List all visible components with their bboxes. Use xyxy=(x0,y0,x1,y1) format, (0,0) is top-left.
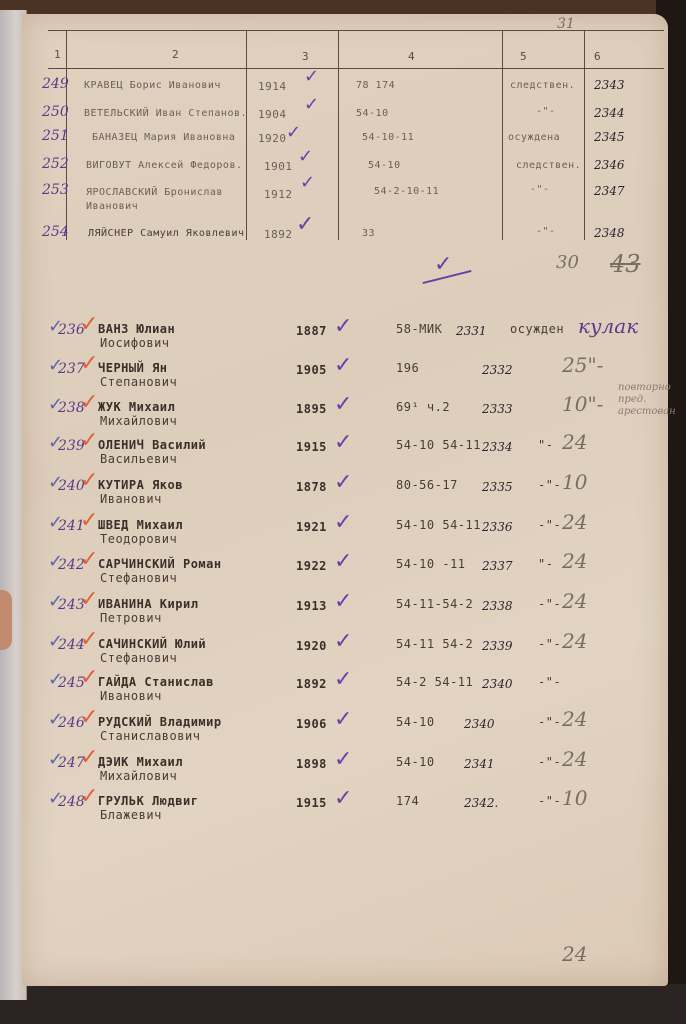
check-icon: ✓ xyxy=(334,432,352,454)
patronymic: Станиславович xyxy=(100,729,200,743)
row-number: 252 xyxy=(42,156,69,172)
surname: РУДСКИЙ Владимир xyxy=(98,715,222,729)
patronymic: Теодорович xyxy=(100,532,177,546)
birth-year: 1895 xyxy=(296,402,327,416)
check-icon: ✓ xyxy=(334,472,352,494)
person-name: БАНАЗЕЦ Мария Ивановна xyxy=(92,132,235,143)
status: "- xyxy=(538,438,553,452)
reg-number: 2334 xyxy=(482,440,513,454)
reg-number: 2346 xyxy=(594,158,625,172)
birth-year: 1922 xyxy=(296,559,327,573)
check-icon: ✓ xyxy=(304,68,319,86)
patronymic: Петрович xyxy=(100,611,162,625)
article: 54-2 54-11 xyxy=(396,675,473,689)
check-icon: ✓ xyxy=(434,254,452,276)
check-icon: ✓ xyxy=(334,788,352,810)
check-icon: ✓ xyxy=(80,549,98,571)
birth-year: 1915 xyxy=(296,440,327,454)
article: 69¹ ч.2 xyxy=(396,400,450,414)
row-number: 249 xyxy=(42,76,69,92)
sentence-note: 24 xyxy=(562,707,587,731)
reg-number: 2343 xyxy=(594,78,625,92)
status: -"- xyxy=(538,715,561,729)
article: 174 xyxy=(396,794,419,808)
patronymic: Иванович xyxy=(100,492,162,506)
check-icon: ✓ xyxy=(80,353,98,375)
status: -"- xyxy=(538,794,561,808)
article: 54-11-54-2 xyxy=(396,597,473,611)
surname: ВАНЗ Юлиан xyxy=(98,322,175,336)
birth-year: 1920 xyxy=(296,639,327,653)
birth-year: 1892 xyxy=(296,677,327,691)
sentence-note: 10"- xyxy=(562,392,603,416)
birth-year: 1921 xyxy=(296,520,327,534)
reg-number: 2336 xyxy=(482,520,513,534)
surname: САЧИНСКИЙ Юлий xyxy=(98,637,206,651)
col-header-4: 4 xyxy=(408,50,415,63)
status: следствен. xyxy=(510,80,575,91)
check-icon: ✓ xyxy=(80,392,98,414)
check-icon: ✓ xyxy=(80,510,98,532)
col-divider-5 xyxy=(584,30,585,240)
status: -"- xyxy=(538,675,561,689)
article: 54-10 xyxy=(368,160,401,171)
check-icon: ✓ xyxy=(334,631,352,653)
sentence-note: 10 xyxy=(562,470,587,494)
sentence-note: 24 xyxy=(562,589,587,613)
patronymic: Степанович xyxy=(100,375,177,389)
surname: ГРУЛЬК Людвиг xyxy=(98,794,198,808)
table-top-border xyxy=(48,30,664,31)
patronymic: Иванович xyxy=(100,689,162,703)
article: 33 xyxy=(362,228,375,239)
status: -"- xyxy=(530,184,550,195)
birth-year: 1887 xyxy=(296,324,327,338)
birth-year: 1914 xyxy=(258,80,287,93)
row-number: 254 xyxy=(42,224,69,240)
sentence-note: 24 xyxy=(562,510,587,534)
margin-note: повторно пред. арестован xyxy=(618,382,678,418)
status: -"- xyxy=(538,755,561,769)
check-icon: ✓ xyxy=(296,214,314,236)
article: 54-10 xyxy=(396,715,435,729)
col-header-1: 1 xyxy=(54,48,61,61)
birth-year: 1913 xyxy=(296,599,327,613)
person-name: КРАВЕЦ Борис Иванович xyxy=(84,80,221,91)
check-icon: ✓ xyxy=(334,394,352,416)
status: следствен. xyxy=(516,160,581,171)
check-icon: ✓ xyxy=(80,589,98,611)
sentence-note: 24 xyxy=(562,747,587,771)
tally-struck: 43 xyxy=(610,250,641,278)
patronymic: Стефанович xyxy=(100,571,177,585)
article: 54-10-11 xyxy=(362,132,414,143)
article: 54-10 xyxy=(356,108,389,119)
col-header-2: 2 xyxy=(172,48,179,61)
check-icon: ✓ xyxy=(80,786,98,808)
check-icon: ✓ xyxy=(334,709,352,731)
status: "- xyxy=(538,557,553,571)
patronymic: Блажевич xyxy=(100,808,162,822)
row-number: 251 xyxy=(42,128,69,144)
reg-number: 2345 xyxy=(594,130,625,144)
check-icon: ✓ xyxy=(334,355,352,377)
article: 58-МИК xyxy=(396,322,442,336)
check-icon: ✓ xyxy=(286,124,301,142)
reg-number: 2347 xyxy=(594,184,625,198)
person-name: ВИГОВУТ Алексей Федоров. xyxy=(86,160,243,171)
sentence-note: 10 xyxy=(562,786,587,810)
reg-number: 2335 xyxy=(482,480,513,494)
sentence-note: 24 xyxy=(562,430,587,454)
check-icon: ✓ xyxy=(80,707,98,729)
col-header-5: 5 xyxy=(520,50,527,63)
birth-year: 1906 xyxy=(296,717,327,731)
reg-number: 2333 xyxy=(482,402,513,416)
check-icon: ✓ xyxy=(80,747,98,769)
row-number: 250 xyxy=(42,104,69,120)
surname: САРЧИНСКИЙ Роман xyxy=(98,557,222,571)
birth-year: 1904 xyxy=(258,108,287,121)
birth-year: 1901 xyxy=(264,160,293,173)
finger xyxy=(0,590,12,650)
reg-number: 2342. xyxy=(464,796,498,810)
surname: ДЭИК Михаил xyxy=(98,755,183,769)
check-icon: ✓ xyxy=(80,314,98,336)
document-page: 31 1 2 3 4 5 6 249 КРАВЕЦ Борис Иванович… xyxy=(22,14,668,986)
reg-number: 2332 xyxy=(482,363,513,377)
article: 80-56-17 xyxy=(396,478,458,492)
surname: ЖУК Михаил xyxy=(98,400,175,414)
tally-note: 30 xyxy=(556,252,579,273)
col-divider-4 xyxy=(502,30,503,240)
birth-year: 1915 xyxy=(296,796,327,810)
reg-number: 2348 xyxy=(594,226,625,240)
check-icon: ✓ xyxy=(334,669,352,691)
check-icon: ✓ xyxy=(80,629,98,651)
check-icon: ✓ xyxy=(334,591,352,613)
col-header-6: 6 xyxy=(594,50,601,63)
table-header-border xyxy=(48,68,664,69)
article: 78 174 xyxy=(356,80,395,91)
status: -"- xyxy=(538,518,561,532)
page-number-bottom: 24 xyxy=(562,942,587,966)
reg-number: 2340 xyxy=(482,677,513,691)
check-icon: ✓ xyxy=(304,96,319,114)
check-icon: ✓ xyxy=(298,148,313,166)
person-name: ВЕТЕЛЬСКИЙ Иван Степанов. xyxy=(84,108,247,119)
patronymic: Михайлович xyxy=(100,414,177,428)
patronymic: Иосифович xyxy=(100,336,170,350)
patronymic: Васильевич xyxy=(100,452,177,466)
birth-year: 1898 xyxy=(296,757,327,771)
surname: ОЛЕНИЧ Василий xyxy=(98,438,206,452)
sentence-note: 25"- xyxy=(562,353,603,377)
surname: КУТИРА Яков xyxy=(98,478,183,492)
article: 54-10 -11 xyxy=(396,557,466,571)
status: осуждена xyxy=(508,132,560,143)
surname: ИВАНИНА Кирил xyxy=(98,597,198,611)
birth-year: 1920 xyxy=(258,132,287,145)
row-number: 253 xyxy=(42,182,69,198)
status: осужден xyxy=(510,322,564,336)
article: 196 xyxy=(396,361,419,375)
patronymic: Стефанович xyxy=(100,651,177,665)
check-icon: ✓ xyxy=(334,749,352,771)
person-name: ЯРОСЛАВСКИЙ Бронислав Иванович xyxy=(86,186,236,214)
reg-number: 2331 xyxy=(456,324,487,338)
status: -"- xyxy=(538,637,561,651)
reg-number: 2340 xyxy=(464,717,495,731)
check-icon: ✓ xyxy=(334,512,352,534)
sentence-note: 24 xyxy=(562,549,587,573)
surname: ЧЕРНЫЙ Ян xyxy=(98,361,168,375)
article: 54-11 54-2 xyxy=(396,637,473,651)
status: -"- xyxy=(536,106,556,117)
surname: ГАЙДА Станислав xyxy=(98,675,214,689)
birth-year: 1892 xyxy=(264,228,293,241)
reg-number: 2337 xyxy=(482,559,513,573)
status: -"- xyxy=(538,597,561,611)
reg-number: 2338 xyxy=(482,599,513,613)
check-icon: ✓ xyxy=(80,470,98,492)
background-bottom xyxy=(0,984,686,1024)
reg-number: 2344 xyxy=(594,106,625,120)
article: 54-10 xyxy=(396,755,435,769)
check-icon: ✓ xyxy=(80,667,98,689)
col-header-3: 3 xyxy=(302,50,309,63)
sentence-note: кулак xyxy=(578,314,638,338)
reg-number: 2339 xyxy=(482,639,513,653)
birth-year: 1878 xyxy=(296,480,327,494)
col-divider-3 xyxy=(338,30,339,240)
check-icon: ✓ xyxy=(334,551,352,573)
birth-year: 1905 xyxy=(296,363,327,377)
check-icon: ✓ xyxy=(334,316,352,338)
article: 54-10 54-11 xyxy=(396,518,481,532)
patronymic: Михайлович xyxy=(100,769,177,783)
article: 54-2-10-11 xyxy=(374,186,439,197)
reg-number: 2341 xyxy=(464,757,495,771)
sentence-note: 24 xyxy=(562,629,587,653)
status: -"- xyxy=(536,226,556,237)
person-name: ЛЯЙСНЕР Самуил Яковлевич xyxy=(88,228,245,239)
status: -"- xyxy=(538,478,561,492)
col-divider-2 xyxy=(246,30,247,240)
article: 54-10 54-11 xyxy=(396,438,481,452)
surname: ШВЕД Михаил xyxy=(98,518,183,532)
birth-year: 1912 xyxy=(264,188,293,201)
check-icon: ✓ xyxy=(80,430,98,452)
check-icon: ✓ xyxy=(300,174,315,192)
